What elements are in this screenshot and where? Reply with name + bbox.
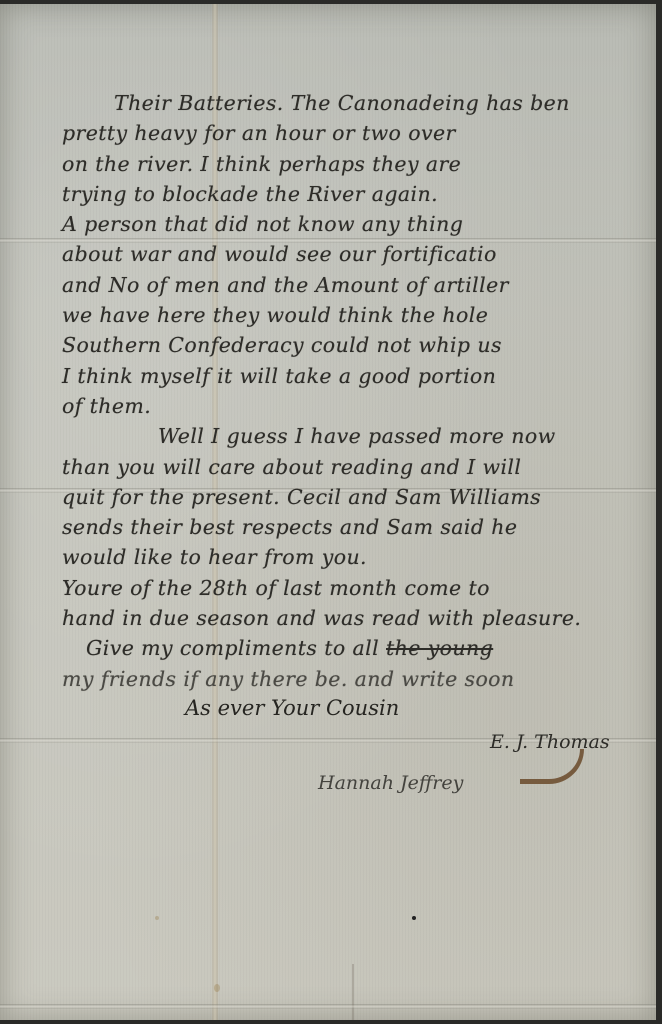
horizontal-fold-line [0, 1004, 656, 1009]
vertical-fold-line-lower [352, 964, 354, 1020]
age-stain [155, 916, 159, 920]
letter-line: A person that did not know any thing [62, 209, 652, 239]
letter-line: of them. [62, 391, 652, 421]
letter-line: on the river. I think perhaps they are [62, 149, 652, 179]
letter-line: I think myself it will take a good porti… [62, 361, 652, 391]
letter-line: Well I guess I have passed more now [62, 421, 652, 451]
letter-line: than you will care about reading and I w… [62, 452, 652, 482]
letter-line: trying to blockade the River again. [62, 179, 652, 209]
letter-line: and No of men and the Amount of artiller [62, 270, 652, 300]
letter-closing: As ever Your Cousin [185, 696, 399, 720]
letter-body: Their Batteries. The Canonadeing has ben… [62, 88, 652, 694]
letter-line: Youre of the 28th of last month come to [62, 573, 652, 603]
letter-line: would like to hear from you. [62, 542, 652, 572]
signature-flourish [520, 749, 584, 784]
ink-spot [412, 916, 416, 920]
letter-line: we have here they would think the hole [62, 300, 652, 330]
letter-line: my friends if any there be. and write so… [62, 664, 652, 694]
letter-line: sends their best respects and Sam said h… [62, 512, 652, 542]
struck-words: the young [386, 636, 493, 660]
letter-line-text: Give my compliments to all [86, 636, 379, 660]
letter-line: Southern Confederacy could not whip us [62, 330, 652, 360]
letter-line: Their Batteries. The Canonadeing has ben [62, 88, 652, 118]
letter-line-text: on the river. I think perhaps they are [62, 152, 461, 176]
signature-secondary: Hannah Jeffrey [318, 772, 463, 794]
age-stain [214, 984, 220, 992]
letter-line: pretty heavy for an hour or two over [62, 118, 652, 148]
letter-line: hand in due season and was read with ple… [62, 603, 652, 633]
letter-line: Give my compliments to all the young [62, 633, 652, 663]
letter-page: Their Batteries. The Canonadeing has ben… [0, 4, 656, 1020]
letter-line: about war and would see our fortificatio [62, 239, 652, 269]
letter-line: quit for the present. Cecil and Sam Will… [62, 482, 652, 512]
